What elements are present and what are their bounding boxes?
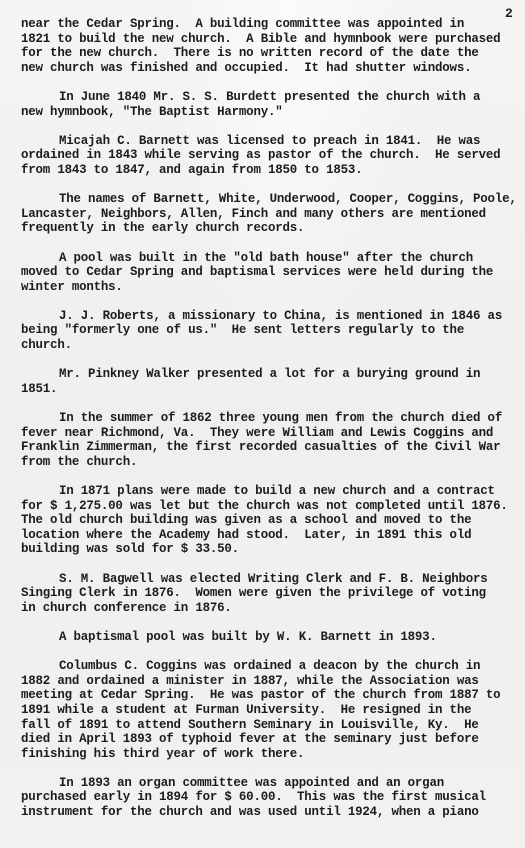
- text-line: meeting at Cedar Spring. He was pastor o…: [21, 688, 521, 703]
- paragraph: near the Cedar Spring. A building commit…: [21, 17, 521, 75]
- text-line: ordained in 1843 while serving as pastor…: [21, 148, 521, 163]
- text-line: Singing Clerk in 1876. Women were given …: [21, 586, 521, 601]
- text-line: A pool was built in the "old bath house"…: [21, 251, 521, 266]
- text-line: moved to Cedar Spring and baptismal serv…: [21, 265, 521, 280]
- paragraph: In the summer of 1862 three young men fr…: [21, 411, 521, 469]
- text-line: finishing his third year of work there.: [21, 747, 521, 762]
- text-line: 1891 while a student at Furman Universit…: [21, 703, 521, 718]
- text-line: S. M. Bagwell was elected Writing Clerk …: [21, 572, 521, 587]
- document-page: 2 near the Cedar Spring. A building comm…: [0, 0, 525, 848]
- paragraph: The names of Barnett, White, Underwood, …: [21, 192, 521, 236]
- text-line: location where the Academy had stood. La…: [21, 528, 521, 543]
- text-line: new church was finished and occupied. It…: [21, 61, 521, 76]
- text-line: Columbus C. Coggins was ordained a deaco…: [21, 659, 521, 674]
- paragraph: In June 1840 Mr. S. S. Burdett presented…: [21, 90, 521, 119]
- paragraph: Mr. Pinkney Walker presented a lot for a…: [21, 367, 521, 396]
- text-line: church.: [21, 338, 521, 353]
- text-line: In the summer of 1862 three young men fr…: [21, 411, 521, 426]
- text-line: The names of Barnett, White, Underwood, …: [21, 192, 521, 207]
- text-line: 1882 and ordained a minister in 1887, wh…: [21, 674, 521, 689]
- text-line: being "formerly one of us." He sent lett…: [21, 323, 521, 338]
- text-line: fever near Richmond, Va. They were Willi…: [21, 426, 521, 441]
- text-line: instrument for the church and was used u…: [21, 805, 521, 820]
- text-line: J. J. Roberts, a missionary to China, is…: [21, 309, 521, 324]
- paragraph: J. J. Roberts, a missionary to China, is…: [21, 309, 521, 353]
- text-line: 1851.: [21, 382, 521, 397]
- text-line: in church conference in 1876.: [21, 601, 521, 616]
- text-line: for the new church. There is no written …: [21, 46, 521, 61]
- text-line: In 1871 plans were made to build a new c…: [21, 484, 521, 499]
- paragraph: A pool was built in the "old bath house"…: [21, 251, 521, 295]
- text-line: Franklin Zimmerman, the first recorded c…: [21, 440, 521, 455]
- text-line: purchased early in 1894 for $ 60.00. Thi…: [21, 790, 521, 805]
- text-line: 1821 to build the new church. A Bible an…: [21, 32, 521, 47]
- paragraph: Columbus C. Coggins was ordained a deaco…: [21, 659, 521, 761]
- text-line: fall of 1891 to attend Southern Seminary…: [21, 718, 521, 733]
- text-line: The old church building was given as a s…: [21, 513, 521, 528]
- paragraph: In 1893 an organ committee was appointed…: [21, 776, 521, 820]
- text-line: In June 1840 Mr. S. S. Burdett presented…: [21, 90, 521, 105]
- text-line: near the Cedar Spring. A building commit…: [21, 17, 521, 32]
- paragraph: In 1871 plans were made to build a new c…: [21, 484, 521, 557]
- text-line: died in April 1893 of typhoid fever at t…: [21, 732, 521, 747]
- text-line: Micajah C. Barnett was licensed to preac…: [21, 134, 521, 149]
- text-line: Mr. Pinkney Walker presented a lot for a…: [21, 367, 521, 382]
- text-line: frequently in the early church records.: [21, 221, 521, 236]
- text-line: from the church.: [21, 455, 521, 470]
- text-line: building was sold for $ 33.50.: [21, 542, 521, 557]
- text-line: new hymnbook, "The Baptist Harmony.": [21, 105, 521, 120]
- text-line: from 1843 to 1847, and again from 1850 t…: [21, 163, 521, 178]
- text-line: for $ 1,275.00 was let but the church wa…: [21, 499, 521, 514]
- paragraph: A baptismal pool was built by W. K. Barn…: [21, 630, 521, 645]
- text-line: A baptismal pool was built by W. K. Barn…: [21, 630, 521, 645]
- paragraph: Micajah C. Barnett was licensed to preac…: [21, 134, 521, 178]
- text-line: In 1893 an organ committee was appointed…: [21, 776, 521, 791]
- text-line: winter months.: [21, 280, 521, 295]
- text-line: Lancaster, Neighbors, Allen, Finch and m…: [21, 207, 521, 222]
- body-text: near the Cedar Spring. A building commit…: [21, 17, 521, 834]
- paragraph: S. M. Bagwell was elected Writing Clerk …: [21, 572, 521, 616]
